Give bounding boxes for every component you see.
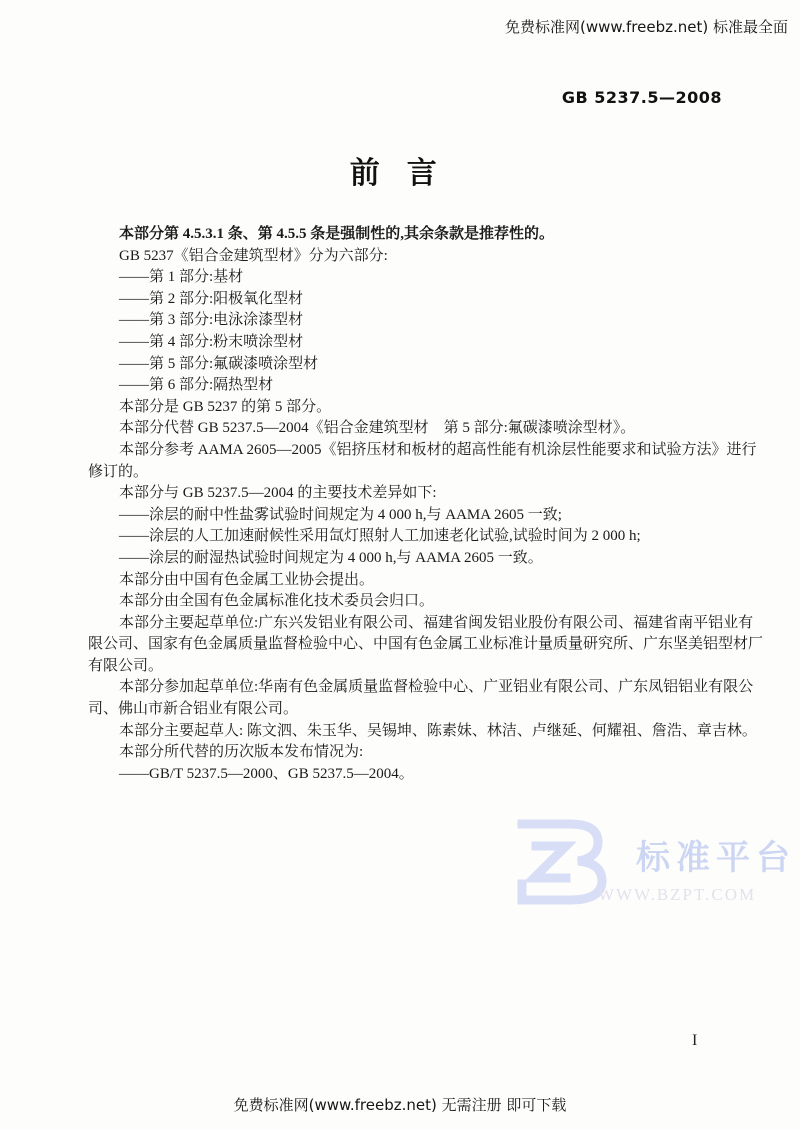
text-line: 修订的。: [88, 462, 716, 484]
text-line: 本部分参加起草单位:华南有色金属质量监督检验中心、广亚铝业有限公司、广东凤铝铝业…: [88, 677, 716, 699]
text-line: ——第 6 部分:隔热型材: [88, 375, 716, 397]
text-line: ——第 1 部分:基材: [88, 267, 716, 289]
text-line: 本部分与 GB 5237.5—2004 的主要技术差异如下:: [88, 483, 716, 505]
bzpt-watermark: 标准平台 WWW.BZPT.COM: [512, 818, 796, 906]
text-line: 本部分主要起草人: 陈文泗、朱玉华、吴锡坤、陈素妹、林洁、卢继延、何耀祖、詹浩、…: [88, 721, 716, 743]
text-line: ——第 4 部分:粉末喷涂型材: [88, 332, 716, 354]
text-line: ——第 5 部分:氟碳漆喷涂型材: [88, 354, 716, 376]
text-line: 本部分由全国有色金属标准化技术委员会归口。: [88, 591, 716, 613]
text-line: 本部分代替 GB 5237.5—2004《铝合金建筑型材 第 5 部分:氟碳漆喷…: [88, 418, 716, 440]
text-line: 本部分主要起草单位:广东兴发铝业有限公司、福建省闽发铝业股份有限公司、福建省南平…: [88, 613, 716, 635]
text-line: ——涂层的耐湿热试验时间规定为 4 000 h,与 AAMA 2605 一致。: [88, 548, 716, 570]
text-line: 本部分所代替的历次版本发布情况为:: [88, 742, 716, 764]
text-line: 本部分由中国有色金属工业协会提出。: [88, 570, 716, 592]
text-line: 本部分参考 AAMA 2605—2005《铝挤压材和板材的超高性能有机涂层性能要…: [88, 440, 716, 462]
text-line: ——GB/T 5237.5—2000、GB 5237.5—2004。: [88, 764, 716, 786]
content-lines: 本部分第 4.5.3.1 条、第 4.5.5 条是强制性的,其余条款是推荐性的。…: [88, 224, 716, 785]
bzpt-site-text: WWW.BZPT.COM: [598, 885, 796, 905]
bzpt-brand-text: 标准平台: [636, 830, 796, 879]
text-line: ——第 2 部分:阳极氧化型材: [88, 289, 716, 311]
text-line: 有限公司。: [88, 656, 716, 678]
text-line: 本部分第 4.5.3.1 条、第 4.5.5 条是强制性的,其余条款是推荐性的。: [88, 224, 716, 246]
bzpt-watermark-texts: 标准平台 WWW.BZPT.COM: [636, 818, 796, 905]
text-line: ——第 3 部分:电泳涂漆型材: [88, 310, 716, 332]
text-line: 本部分是 GB 5237 的第 5 部分。: [88, 397, 716, 419]
text-line: GB 5237《铝合金建筑型材》分为六部分:: [88, 246, 716, 268]
header-watermark-text: 免费标准网(www.freebz.net) 标准最全面: [505, 16, 788, 37]
standard-code: GB 5237.5—2008: [562, 88, 722, 107]
document-title: 前言: [0, 148, 800, 192]
page-number: I: [692, 1032, 697, 1050]
footer-watermark-text: 免费标准网(www.freebz.net) 无需注册 即可下载: [0, 1094, 800, 1115]
foreword-body: 本部分第 4.5.3.1 条、第 4.5.5 条是强制性的,其余条款是推荐性的。…: [88, 224, 716, 785]
text-line: 限公司、国家有色金属质量监督检验中心、中国有色金属工业标准计量质量研究所、广东坚…: [88, 634, 716, 656]
text-line: ——涂层的人工加速耐候性采用氙灯照射人工加速老化试验,试验时间为 2 000 h…: [88, 526, 716, 548]
text-line: ——涂层的耐中性盐雾试验时间规定为 4 000 h,与 AAMA 2605 一致…: [88, 505, 716, 527]
text-line: 司、佛山市新合铝业有限公司。: [88, 699, 716, 721]
